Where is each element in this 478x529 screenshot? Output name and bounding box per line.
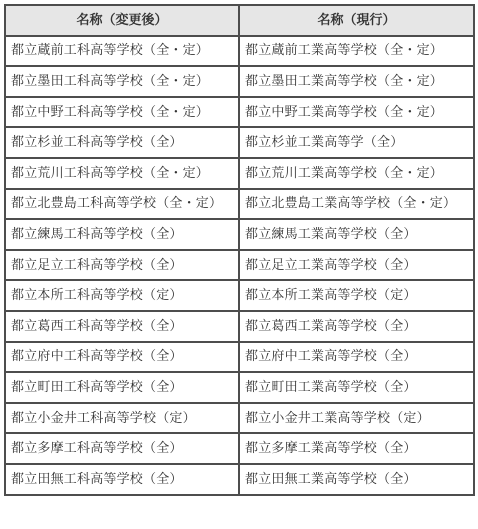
header-current-name: 名称（現行） [239, 5, 474, 36]
cell-current-name: 都立府中工業高等学校（全） [239, 342, 474, 373]
cell-new-name: 都立田無工科高等学校（全） [5, 464, 239, 495]
cell-new-name: 都立町田工科高等学校（全） [5, 372, 239, 403]
table-row: 都立荒川工科高等学校（全・定） 都立荒川工業高等学校（全・定） [5, 158, 474, 189]
cell-current-name: 都立葛西工業高等学校（全） [239, 311, 474, 342]
cell-current-name: 都立北豊島工業高等学校（全・定） [239, 189, 474, 220]
table-row: 都立葛西工科高等学校（全） 都立葛西工業高等学校（全） [5, 311, 474, 342]
table-row: 都立杉並工科高等学校（全） 都立杉並工業高等学（全） [5, 127, 474, 158]
cell-current-name: 都立中野工業高等学校（全・定） [239, 97, 474, 128]
table-row: 都立練馬工科高等学校（全） 都立練馬工業高等学校（全） [5, 219, 474, 250]
table-row: 都立足立工科高等学校（全） 都立足立工業高等学校（全） [5, 250, 474, 281]
cell-current-name: 都立足立工業高等学校（全） [239, 250, 474, 281]
table-row: 都立多摩工科高等学校（全） 都立多摩工業高等学校（全） [5, 433, 474, 464]
table-row: 都立墨田工科高等学校（全・定） 都立墨田工業高等学校（全・定） [5, 66, 474, 97]
table-row: 都立小金井工科高等学校（定） 都立小金井工業高等学校（定） [5, 403, 474, 434]
cell-new-name: 都立小金井工科高等学校（定） [5, 403, 239, 434]
cell-new-name: 都立中野工科高等学校（全・定） [5, 97, 239, 128]
cell-new-name: 都立荒川工科高等学校（全・定） [5, 158, 239, 189]
table-row: 都立田無工科高等学校（全） 都立田無工業高等学校（全） [5, 464, 474, 495]
school-name-table-container: 名称（変更後） 名称（現行） 都立蔵前工科高等学校（全・定） 都立蔵前工業高等学… [4, 4, 475, 496]
cell-current-name: 都立蔵前工業高等学校（全・定） [239, 36, 474, 67]
table-row: 都立本所工科高等学校（定） 都立本所工業高等学校（定） [5, 280, 474, 311]
cell-current-name: 都立町田工業高等学校（全） [239, 372, 474, 403]
table-row: 都立北豊島工科高等学校（全・定） 都立北豊島工業高等学校（全・定） [5, 189, 474, 220]
cell-current-name: 都立墨田工業高等学校（全・定） [239, 66, 474, 97]
table-row: 都立蔵前工科高等学校（全・定） 都立蔵前工業高等学校（全・定） [5, 36, 474, 67]
cell-current-name: 都立荒川工業高等学校（全・定） [239, 158, 474, 189]
cell-current-name: 都立多摩工業高等学校（全） [239, 433, 474, 464]
cell-new-name: 都立北豊島工科高等学校（全・定） [5, 189, 239, 220]
cell-current-name: 都立小金井工業高等学校（定） [239, 403, 474, 434]
table-row: 都立中野工科高等学校（全・定） 都立中野工業高等学校（全・定） [5, 97, 474, 128]
table-header-row: 名称（変更後） 名称（現行） [5, 5, 474, 36]
cell-current-name: 都立練馬工業高等学校（全） [239, 219, 474, 250]
school-name-change-table: 名称（変更後） 名称（現行） 都立蔵前工科高等学校（全・定） 都立蔵前工業高等学… [4, 4, 475, 496]
cell-new-name: 都立練馬工科高等学校（全） [5, 219, 239, 250]
cell-new-name: 都立足立工科高等学校（全） [5, 250, 239, 281]
cell-current-name: 都立杉並工業高等学（全） [239, 127, 474, 158]
cell-new-name: 都立葛西工科高等学校（全） [5, 311, 239, 342]
table-row: 都立町田工科高等学校（全） 都立町田工業高等学校（全） [5, 372, 474, 403]
table-row: 都立府中工科高等学校（全） 都立府中工業高等学校（全） [5, 342, 474, 373]
header-new-name: 名称（変更後） [5, 5, 239, 36]
cell-new-name: 都立多摩工科高等学校（全） [5, 433, 239, 464]
cell-current-name: 都立田無工業高等学校（全） [239, 464, 474, 495]
cell-current-name: 都立本所工業高等学校（定） [239, 280, 474, 311]
cell-new-name: 都立府中工科高等学校（全） [5, 342, 239, 373]
cell-new-name: 都立本所工科高等学校（定） [5, 280, 239, 311]
cell-new-name: 都立墨田工科高等学校（全・定） [5, 66, 239, 97]
cell-new-name: 都立杉並工科高等学校（全） [5, 127, 239, 158]
cell-new-name: 都立蔵前工科高等学校（全・定） [5, 36, 239, 67]
